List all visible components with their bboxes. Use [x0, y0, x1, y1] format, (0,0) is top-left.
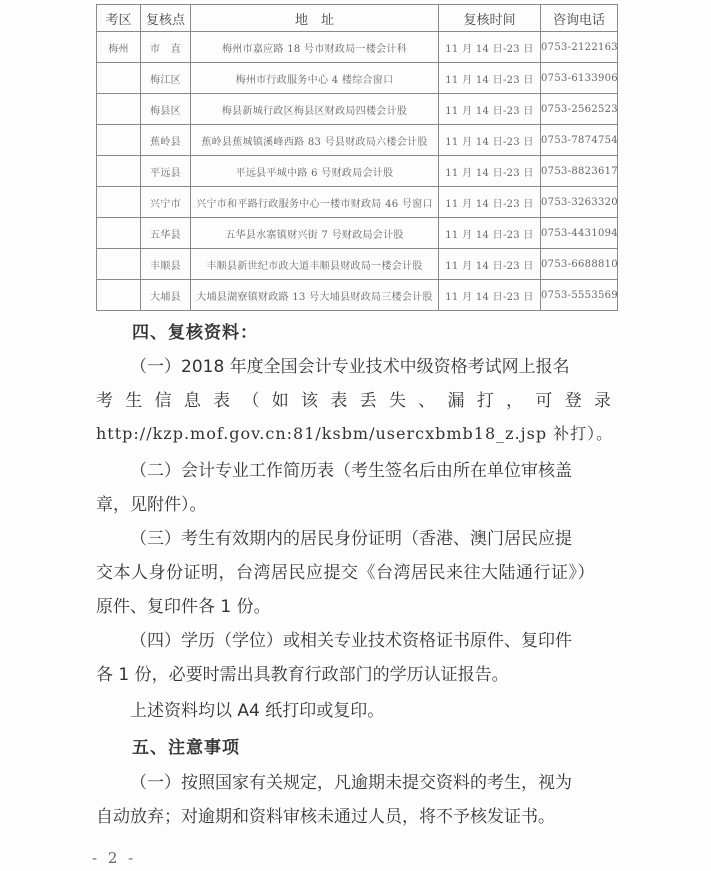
- table-row: 梅江区 梅州市行政服务中心 4 楼综合窗口 11 月 14 日-23 日 075…: [97, 63, 618, 94]
- cell-area: [97, 218, 141, 249]
- cell-area: [97, 156, 141, 187]
- table-row: 五华县 五华县水寨镇财兴街 7 号财政局会计股 11 月 14 日-23 日 0…: [97, 218, 618, 249]
- cell-review-time: 11 月 14 日-23 日: [439, 187, 541, 218]
- cell-review-time: 11 月 14 日-23 日: [439, 280, 541, 311]
- cell-phone: 0753-2122163: [541, 32, 618, 63]
- section-heading-review-materials: 四、复核资料：: [132, 318, 258, 343]
- cell-phone: 0753-4431094: [541, 218, 618, 249]
- header-review-point: 复核点: [141, 5, 191, 32]
- cell-area: [97, 94, 141, 125]
- cell-review-time: 11 月 14 日-23 日: [439, 32, 541, 63]
- cell-review-point: 梅江区: [141, 63, 191, 94]
- table-row: 兴宁市 兴宁市和平路行政服务中心一楼市财政局 46 号窗口 11 月 14 日-…: [97, 187, 618, 218]
- cell-address: 梅州市行政服务中心 4 楼综合窗口: [191, 63, 439, 94]
- paragraph-line: （二）会计专业工作简历表（考生签名后由所在单位审核盖: [130, 456, 620, 481]
- cell-phone: 0753-5553569: [541, 280, 618, 311]
- paragraph-note: 上述资料均以 A4 纸打印或复印。: [130, 696, 620, 721]
- cell-review-time: 11 月 14 日-23 日: [439, 218, 541, 249]
- cell-area: [97, 249, 141, 280]
- paragraph-line: （三）考生有效期内的居民身份证明（香港、澳门居民应提: [130, 524, 620, 549]
- document-page: 考区 复核点 地 址 复核时间 咨询电话 梅州 市 直 梅州市嘉应路 18 号市…: [0, 0, 711, 871]
- table-row: 丰顺县 丰顺县新世纪市政大道丰顺县财政局一楼会计股 11 月 14 日-23 日…: [97, 249, 618, 280]
- review-locations-table: 考区 复核点 地 址 复核时间 咨询电话 梅州 市 直 梅州市嘉应路 18 号市…: [96, 4, 618, 311]
- cell-address: 大埔县湖寮镇财政路 13 号大埔县财政局三楼会计股: [191, 280, 439, 311]
- header-phone: 咨询电话: [541, 5, 618, 32]
- header-area: 考区: [97, 5, 141, 32]
- cell-address: 梅州市嘉应路 18 号市财政局一楼会计科: [191, 32, 439, 63]
- table-row: 梅县区 梅县新城行政区梅县区财政局四楼会计股 11 月 14 日-23 日 07…: [97, 94, 618, 125]
- cell-area: [97, 125, 141, 156]
- header-address: 地 址: [191, 5, 439, 32]
- cell-area: [97, 63, 141, 94]
- cell-phone: 0753-7874754: [541, 125, 618, 156]
- cell-phone: 0753-3263320: [541, 187, 618, 218]
- section-heading-notes: 五、注意事项: [132, 733, 240, 758]
- cell-review-time: 11 月 14 日-23 日: [439, 156, 541, 187]
- cell-phone: 0753-2562523: [541, 94, 618, 125]
- paragraph-line: 章，见附件）。: [96, 490, 620, 515]
- cell-address: 梅县新城行政区梅县区财政局四楼会计股: [191, 94, 439, 125]
- cell-address: 五华县水寨镇财兴街 7 号财政局会计股: [191, 218, 439, 249]
- table-row: 蕉岭县 蕉岭县蕉城镇溪峰西路 83 号县财政局六楼会计股 11 月 14 日-2…: [97, 125, 618, 156]
- paragraph-line: 各 1 份，必要时需出具教育行政部门的学历认证报告。: [96, 660, 620, 685]
- cell-phone: 0753-6688810: [541, 249, 618, 280]
- header-review-time: 复核时间: [439, 5, 541, 32]
- paragraph-line: （一）按照国家有关规定，凡逾期未提交资料的考生，视为: [130, 768, 620, 793]
- paragraph-line: 原件、复印件各 1 份。: [96, 592, 620, 617]
- cell-review-time: 11 月 14 日-23 日: [439, 94, 541, 125]
- cell-address: 丰顺县新世纪市政大道丰顺县财政局一楼会计股: [191, 249, 439, 280]
- cell-review-time: 11 月 14 日-23 日: [439, 249, 541, 280]
- cell-review-point: 市 直: [141, 32, 191, 63]
- paragraph-line: 自动放弃；对逾期和资料审核未通过人员，将不予核发证书。: [96, 802, 620, 827]
- cell-review-point: 兴宁市: [141, 187, 191, 218]
- paragraph-line: （一）2018 年度全国会计专业技术中级资格考试网上报名: [130, 352, 620, 377]
- paragraph-line: （四）学历（学位）或相关专业技术资格证书原件、复印件: [130, 626, 620, 651]
- table-row: 大埔县 大埔县湖寮镇财政路 13 号大埔县财政局三楼会计股 11 月 14 日-…: [97, 280, 618, 311]
- page-number: - 2 -: [92, 849, 136, 867]
- cell-address: 蕉岭县蕉城镇溪峰西路 83 号县财政局六楼会计股: [191, 125, 439, 156]
- paragraph-line: 交本人身份证明，台湾居民应提交《台湾居民来往大陆通行证》）: [96, 558, 620, 583]
- paragraph-line: 考生信息表（如该表丢失、漏打，可登录: [96, 386, 620, 411]
- cell-review-time: 11 月 14 日-23 日: [439, 125, 541, 156]
- cell-area: [97, 280, 141, 311]
- cell-review-point: 丰顺县: [141, 249, 191, 280]
- cell-review-point: 梅县区: [141, 94, 191, 125]
- cell-review-point: 大埔县: [141, 280, 191, 311]
- cell-address: 兴宁市和平路行政服务中心一楼市财政局 46 号窗口: [191, 187, 439, 218]
- paragraph-line-url: http://kzp.mof.gov.cn:81/ksbm/usercxbmb1…: [96, 421, 620, 444]
- cell-review-point: 平远县: [141, 156, 191, 187]
- cell-area: 梅州: [97, 32, 141, 63]
- table-row: 梅州 市 直 梅州市嘉应路 18 号市财政局一楼会计科 11 月 14 日-23…: [97, 32, 618, 63]
- cell-review-point: 五华县: [141, 218, 191, 249]
- cell-address: 平远县平城中路 6 号财政局会计股: [191, 156, 439, 187]
- cell-review-point: 蕉岭县: [141, 125, 191, 156]
- cell-review-time: 11 月 14 日-23 日: [439, 63, 541, 94]
- table-header-row: 考区 复核点 地 址 复核时间 咨询电话: [97, 5, 618, 32]
- cell-phone: 0753-6133906: [541, 63, 618, 94]
- table-row: 平远县 平远县平城中路 6 号财政局会计股 11 月 14 日-23 日 075…: [97, 156, 618, 187]
- cell-area: [97, 187, 141, 218]
- cell-phone: 0753-8823617: [541, 156, 618, 187]
